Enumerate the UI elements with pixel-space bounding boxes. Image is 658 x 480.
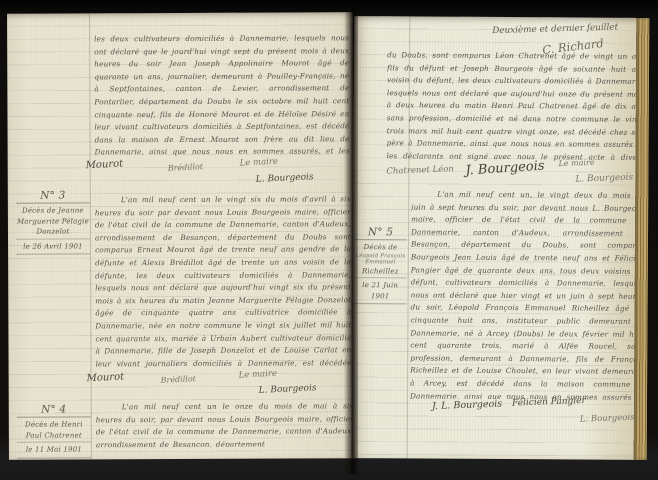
signature-mourot-2: Mourot [86,371,124,384]
mayor-title-3: Le maire [558,158,594,168]
act-5-text: L'an mil neuf cent un, le vingt deux du … [410,188,645,399]
act-4-date: le 11 Mai 1901 [17,444,91,458]
signature-chatrenet-leon: Chatrenet Léon [386,164,454,177]
book-gutter-shadow [344,8,358,474]
folio-header-note: Deuxième et dernier feuillet [492,23,618,37]
margin-note-act-4: N° 4 Décès de Henri Paul Chatrenet le 11… [17,403,91,458]
margin-note-act-5: N° 5 Décès de Léopold François Emmanuel … [354,226,407,304]
act-2-continuation-text: les deux cultivateurs domiciliés à Danne… [94,32,350,160]
act-3-number: N° 3 [16,189,90,203]
margin-note-act-3: N° 3 Décès de Jeanne Marguerite Pélagie … [16,189,90,254]
signature-l-bourgeois-3: L. Bourgeois [575,173,633,185]
signature-bredillot-1: Brédillot [168,162,204,173]
signature-felicien-pangier: Félicien Pangier [512,396,586,409]
act-4-start-text: L'an mil neuf cent un le onze du mois de… [96,400,354,447]
signature-l-bourgeois-1: L. Bourgeois [256,172,314,185]
signature-l-bourgeois-4: L. Bourgeois [580,413,635,425]
act-5-given-names: Léopold François Emmanuel [354,253,407,266]
signature-bredillot-2: Brédillot [160,374,196,385]
mayor-title-2: Le maire [238,369,277,381]
act-3-date: le 26 Avril 1901 [16,241,90,255]
left-page: les deux cultivateurs domiciliés à Danne… [7,12,355,460]
signature-l-bourgeois-2: L. Bourgeois [258,383,316,396]
act-4-end-text: du Doubs, sont comparus Léon Chatrenet â… [386,49,645,166]
act-4-number: N° 4 [17,403,91,417]
act-4-title: Décès de Henri Paul Chatrenet [17,419,91,442]
signature-jl-bourgeois: J. L. Bourgeois [432,398,503,412]
act-5-date: le 21 Juin 1901 [354,280,407,304]
act-3-text: L'an mil neuf cent un le vingt six du mo… [95,193,352,370]
act-3-title: Décès de Jeanne Marguerite Pélagie Donze… [16,205,90,239]
mayor-title-1: Le maire [239,157,278,169]
scanned-register-spread: les deux cultivateurs domiciliés à Danne… [0,0,658,480]
right-page: Deuxième et dernier feuillet C. Richard … [352,16,650,460]
act-5-title-line: Décès de [354,242,407,253]
act-5-number: N° 5 [354,226,407,240]
act-5-surname: Richeillez [354,266,407,279]
page-stack-edge [634,18,650,460]
signature-mourot-1: Mourot [85,158,123,171]
